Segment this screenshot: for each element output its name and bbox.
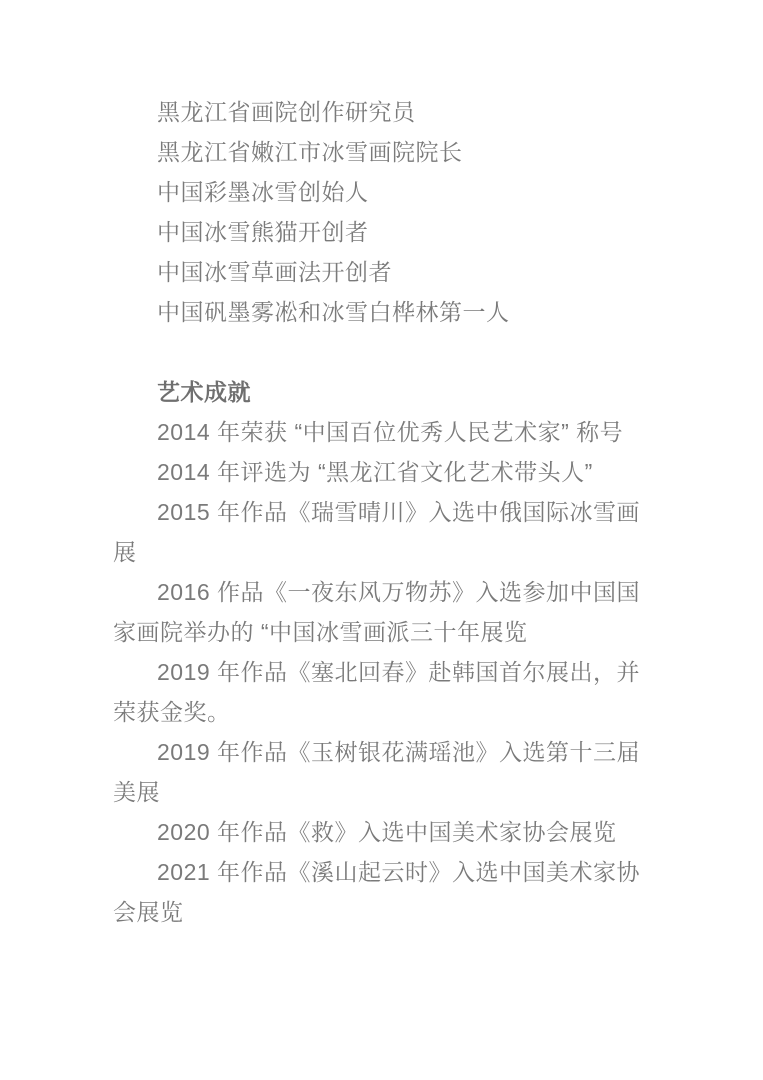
achievement-line: 2021 年作品《溪山起云时》入选中国美术家协	[113, 852, 648, 892]
title-line: 中国冰雪熊猫开创者	[113, 212, 648, 252]
achievement-line: 2020 年作品《救》入选中国美术家协会展览	[113, 812, 648, 852]
title-line: 中国冰雪草画法开创者	[113, 252, 648, 292]
title-line: 中国矾墨雾凇和冰雪白桦林第一人	[113, 292, 648, 332]
achievement-line: 2015 年作品《瑞雪晴川》入选中俄国际冰雪画	[113, 492, 648, 532]
achievement-line: 2014 年评选为 “黑龙江省文化艺术带头人”	[113, 452, 648, 492]
achievement-line: 2014 年荣获 “中国百位优秀人民艺术家” 称号	[113, 412, 648, 452]
achievement-line-wrap: 会展览	[113, 892, 648, 932]
title-line: 黑龙江省画院创作研究员	[113, 92, 648, 132]
blank-line	[113, 332, 648, 372]
section-heading: 艺术成就	[113, 372, 648, 412]
achievement-line-wrap: 家画院举办的 “中国冰雪画派三十年展览	[113, 612, 648, 652]
title-line: 黑龙江省嫩江市冰雪画院院长	[113, 132, 648, 172]
achievement-line: 2016 作品《一夜东风万物苏》入选参加中国国	[113, 572, 648, 612]
achievement-line: 2019 年作品《塞北回春》赴韩国首尔展出，并	[113, 652, 648, 692]
achievement-line: 2019 年作品《玉树银花满瑶池》入选第十三届	[113, 732, 648, 772]
achievement-line-wrap: 展	[113, 532, 648, 572]
document-page: 黑龙江省画院创作研究员 黑龙江省嫩江市冰雪画院院长 中国彩墨冰雪创始人 中国冰雪…	[0, 0, 763, 1080]
text-content: 黑龙江省画院创作研究员 黑龙江省嫩江市冰雪画院院长 中国彩墨冰雪创始人 中国冰雪…	[113, 92, 648, 932]
achievement-line-wrap: 荣获金奖。	[113, 692, 648, 732]
title-line: 中国彩墨冰雪创始人	[113, 172, 648, 212]
achievement-line-wrap: 美展	[113, 772, 648, 812]
